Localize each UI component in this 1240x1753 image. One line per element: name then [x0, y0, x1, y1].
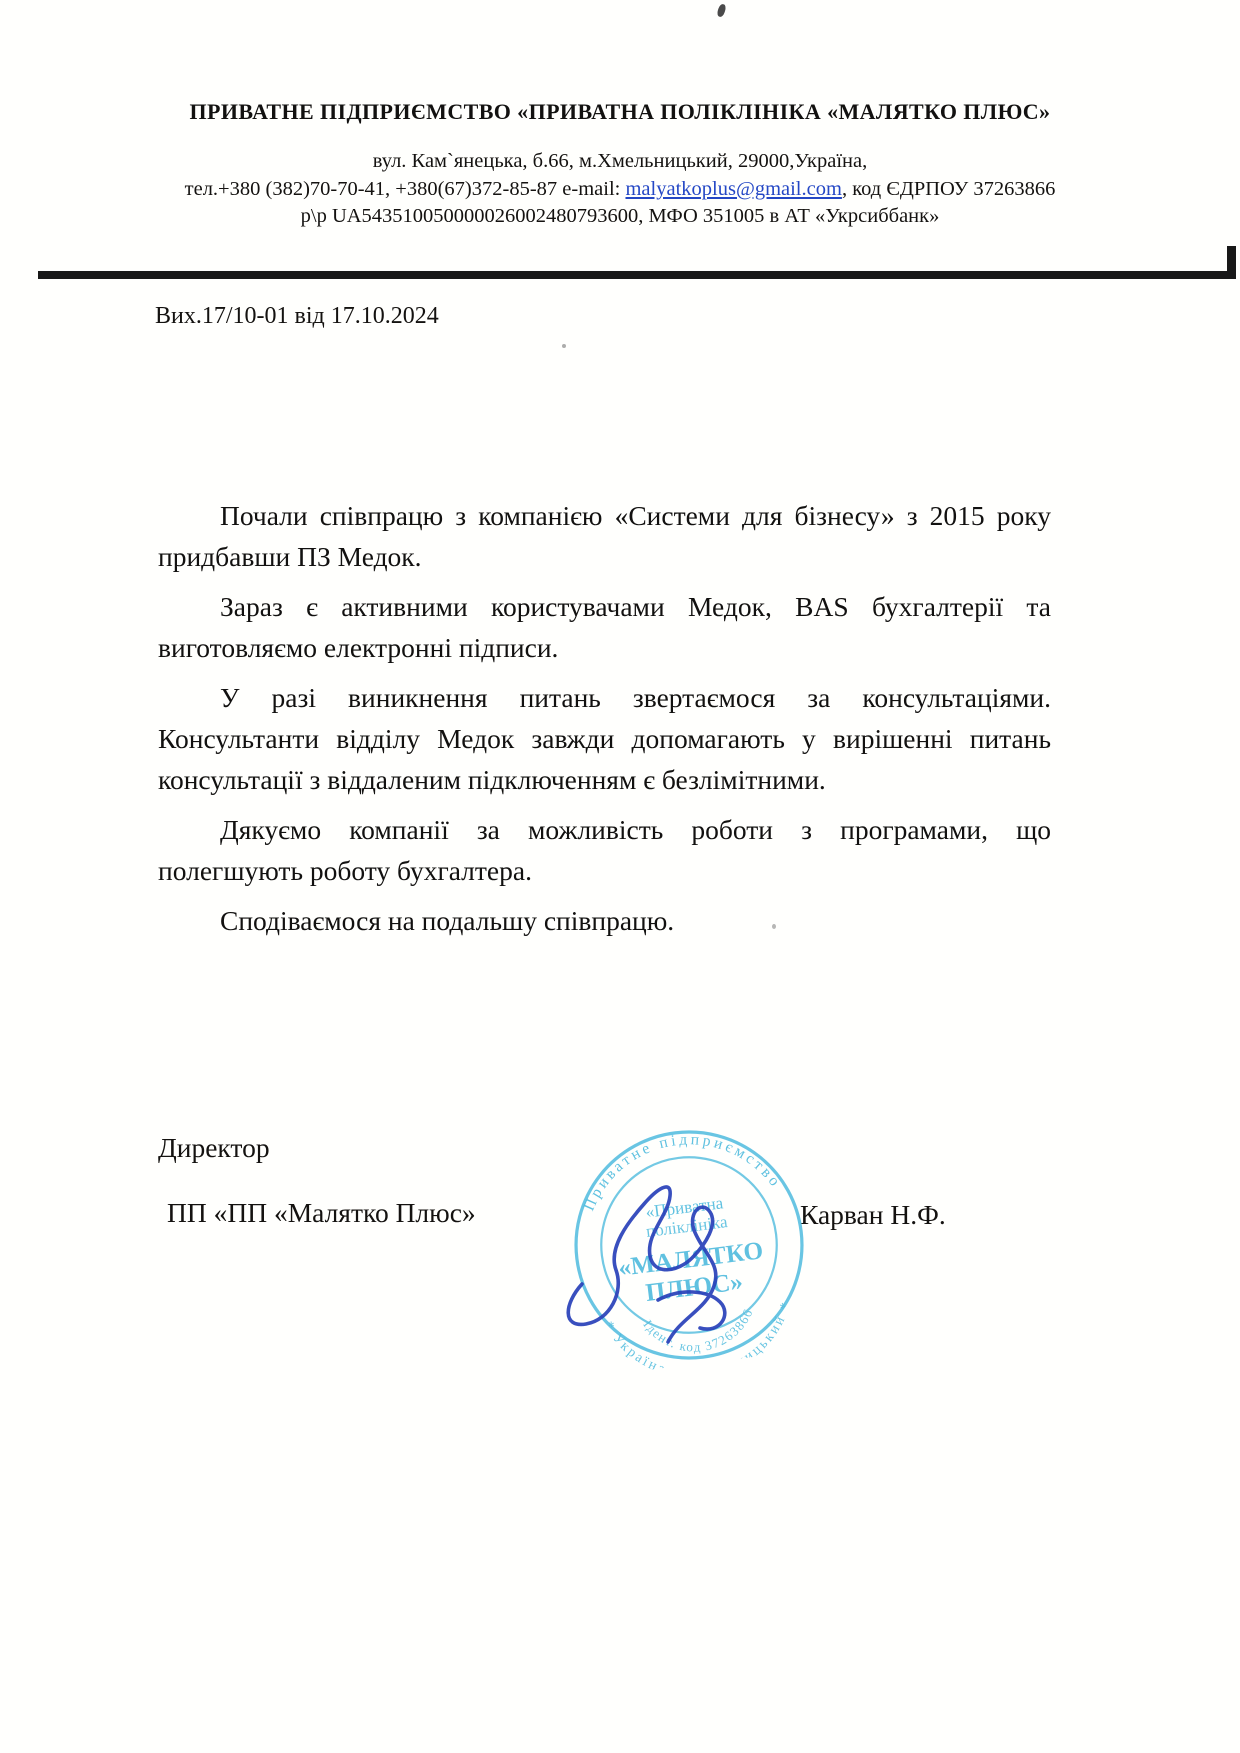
scan-speck [772, 924, 776, 929]
email-link[interactable]: malyatkoplus@gmail.com [625, 178, 841, 200]
bank-line: р\р UA543510050000026002480793600, МФО 3… [0, 203, 1240, 231]
body-paragraph: Дякуємо компанії за можливість роботи з … [158, 809, 1051, 891]
director-title: Директор [158, 1132, 270, 1164]
handwritten-signature [542, 1152, 782, 1362]
letterhead: ПРИВАТНЕ ПІДПРИЄМСТВО «ПРИВАТНА ПОЛІКЛІН… [0, 99, 1240, 231]
body-paragraph: У разі виникнення питань звертаємося за … [158, 677, 1051, 800]
letterhead-divider-rule [38, 271, 1229, 279]
contact-line-prefix: тел.+380 (382)70-70-41, +380(67)372-85-8… [185, 178, 626, 200]
scan-speck [562, 344, 566, 348]
scan-speck [716, 3, 727, 18]
address-line: вул. Кам`янецька, б.66, м.Хмельницький, … [0, 148, 1240, 176]
scanned-letter-page: ПРИВАТНЕ ПІДПРИЄМСТВО «ПРИВАТНА ПОЛІКЛІН… [0, 0, 1240, 1753]
body-paragraph: Зараз є активними користувачами Медок, B… [158, 586, 1051, 668]
letterhead-divider-tick [1227, 246, 1236, 279]
contact-line-suffix: , код ЄДРПОУ 37263866 [842, 178, 1055, 200]
body-paragraph: Сподіваємося на подальшу співпрацю. [158, 900, 1051, 941]
signatory-name: Карван Н.Ф. [800, 1199, 946, 1231]
letter-body: Почали співпрацю з компанією «Системи дл… [158, 495, 1051, 950]
contact-line: тел.+380 (382)70-70-41, +380(67)372-85-8… [0, 176, 1240, 204]
reference-number: Вих.17/10-01 від 17.10.2024 [155, 303, 439, 330]
body-paragraph: Почали співпрацю з компанією «Системи дл… [158, 495, 1051, 577]
company-signature-line: ПП «ПП «Малятко Плюс» [167, 1197, 476, 1229]
company-title: ПРИВАТНЕ ПІДПРИЄМСТВО «ПРИВАТНА ПОЛІКЛІН… [0, 99, 1240, 125]
signature-stroke [568, 1187, 725, 1342]
